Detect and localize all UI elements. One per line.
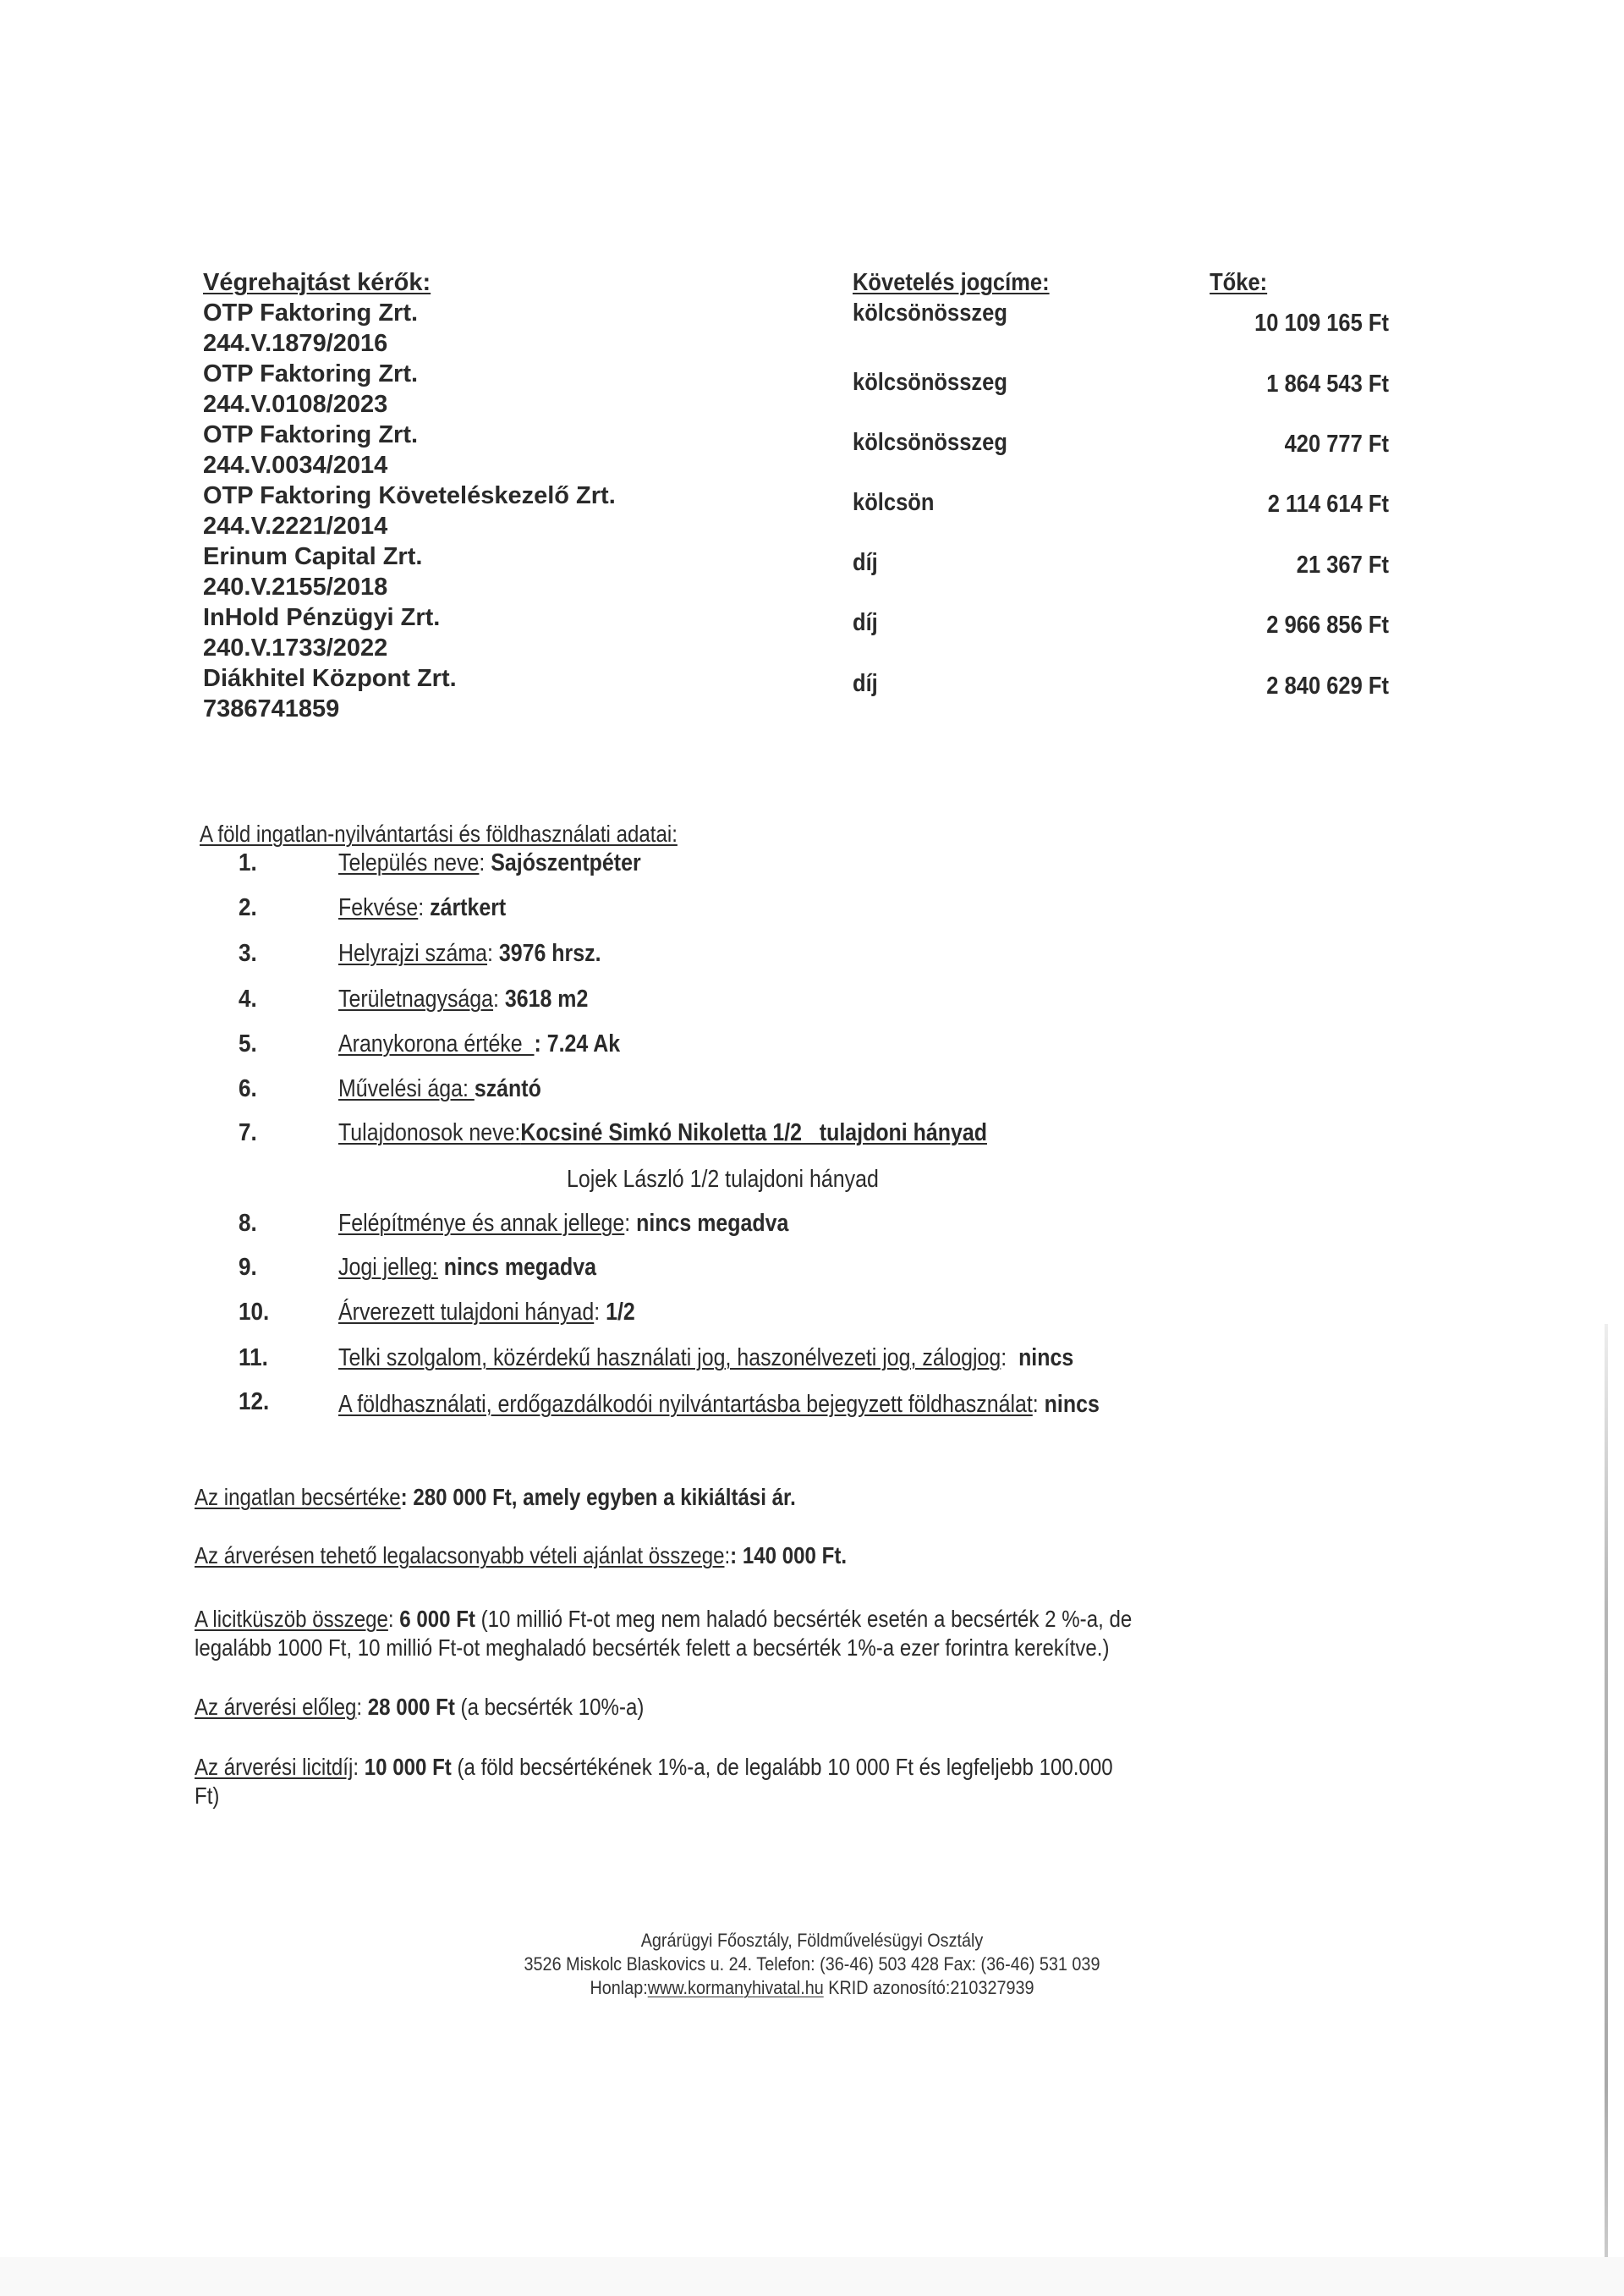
creditor-name: OTP Faktoring Zrt. [203,359,418,389]
claim-amount: 21 367 Ft [1091,550,1389,580]
minimum-offer: Az árverésen tehető legalacsonyabb vétel… [195,1541,847,1570]
item-number: 8. [239,1209,257,1238]
scan-artifact-band [0,2257,1624,2296]
claim-type: kölcsönösszeg [853,427,1007,458]
claim-header: Követelés jogcíme: [853,267,1050,298]
creditor-name: InHold Pénzügyi Zrt. [203,602,440,633]
bid-step-note: legalább 1000 Ft, 10 millió Ft-ot meghal… [195,1634,1109,1662]
claim-type: díj [853,668,878,699]
footer-address: 3526 Miskolc Blaskovics u. 24. Telefon: … [431,1953,1193,1976]
creditor-name: Diákhitel Központ Zrt. [203,663,457,694]
land-item-easements: Telki szolgalom, közérdekű használati jo… [338,1343,1073,1372]
creditor-name: OTP Faktoring Zrt. [203,298,418,328]
land-item-area: Területnagysága: 3618 m2 [338,985,588,1013]
creditor-ref: 244.V.1879/2016 [203,328,387,359]
land-data-title: A föld ingatlan-nyilvántartási és földha… [200,820,678,849]
land-item-structure: Felépítménye és annak jellege: nincs meg… [338,1209,788,1238]
amount-header: Tőke: [1049,267,1200,298]
scan-artifact-line [1605,1324,1608,2276]
claim-amount: 2 840 629 Ft [1091,671,1389,701]
item-number: 6. [239,1074,257,1103]
creditor-ref: 7386741859 [203,694,339,724]
claim-amount: 2 966 856 Ft [1091,610,1389,640]
auction-fee-note: Ft) [195,1782,219,1810]
claim-type: kölcsönösszeg [853,367,1007,398]
claim-amount: 1 864 543 Ft [1091,369,1389,399]
land-item-owner-second: Lojek László 1/2 tulajdoni hányad [567,1165,879,1194]
item-number: 4. [239,985,257,1013]
creditor-name: OTP Faktoring Zrt. [203,420,418,450]
claim-amount: 10 109 165 Ft [1091,308,1389,338]
creditor-name: Erinum Capital Zrt. [203,541,422,572]
land-item-parcel-number: Helyrajzi száma: 3976 hrsz. [338,939,601,968]
website-link[interactable]: www.kormanyhivatal.hu [648,1977,824,1998]
land-item-settlement: Település neve: Sajószentpéter [338,849,641,877]
creditors-header: Végrehajtást kérők: [203,267,431,298]
creditor-name: OTP Faktoring Követeléskezelő Zrt. [203,481,616,511]
claim-type: díj [853,547,878,578]
auction-deposit: Az árverési előleg: 28 000 Ft (a becsért… [195,1693,644,1722]
estimated-value: Az ingatlan becsértéke: 280 000 Ft, amel… [195,1483,796,1512]
land-item-legal-character: Jogi jelleg: nincs megadva [338,1253,596,1282]
item-number: 2. [239,893,257,922]
land-item-auctioned-share: Árverezett tulajdoni hányad: 1/2 [338,1298,635,1327]
footer-contact: Honlap:www.kormanyhivatal.hu KRID azonos… [431,1976,1193,2000]
claim-amount: 420 777 Ft [1091,429,1389,459]
claim-amount: 2 114 614 Ft [1091,489,1389,519]
land-item-gold-crown-value: Aranykorona értéke : 7.24 Ak [338,1030,620,1058]
item-number: 10. [239,1298,269,1327]
auction-fee: Az árverési licitdíj: 10 000 Ft (a föld … [195,1753,1113,1782]
item-number: 7. [239,1118,257,1147]
item-number: 9. [239,1253,257,1282]
land-item-land-use: A földhasználati, erdőgazdálkodói nyilvá… [338,1390,1100,1419]
item-number: 3. [239,939,257,968]
bid-step: A licitküszöb összege: 6 000 Ft (10 mill… [195,1605,1132,1634]
land-item-cultivation: Művelési ága: szántó [338,1074,541,1103]
creditor-ref: 244.V.0108/2023 [203,389,387,420]
land-item-location: Fekvése: zártkert [338,893,506,922]
claim-type: kölcsönösszeg [853,298,1007,328]
creditor-ref: 240.V.1733/2022 [203,633,387,663]
claim-type: díj [853,607,878,638]
creditor-ref: 244.V.2221/2014 [203,511,387,541]
item-number: 11. [239,1343,268,1372]
footer-department: Agrárügyi Főosztály, Földművelésügyi Osz… [431,1929,1193,1953]
item-number: 1. [239,849,257,877]
creditor-ref: 244.V.0034/2014 [203,450,387,481]
creditor-ref: 240.V.2155/2018 [203,572,387,602]
item-number: 12. [239,1387,269,1416]
item-number: 5. [239,1030,257,1058]
claim-type: kölcsön [853,487,934,518]
land-item-owners: Tulajdonosok neve:Kocsiné Simkó Nikolett… [338,1118,987,1147]
